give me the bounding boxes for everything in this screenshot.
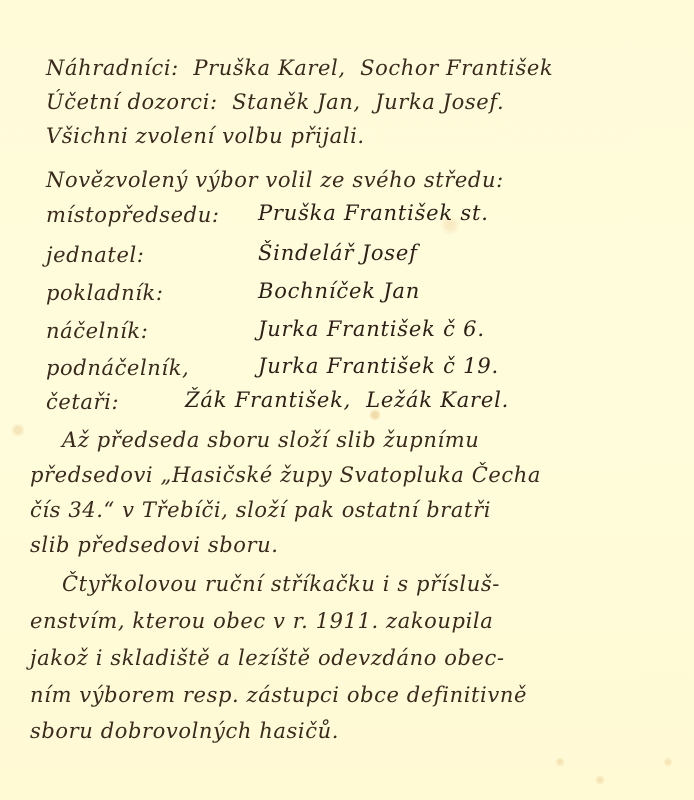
officer-name-deputy-commander: Jurka František č 19. [258,356,499,377]
officer-role-vice-chair: místopředsedu: [46,205,220,226]
cetari-names: Žák František, Ležák Karel. [185,390,509,411]
officer-name-treasurer: Bochníček Jan [258,281,420,302]
paragraph-2-line-3: jakož i skladiště a lezíště odevzdáno ob… [30,648,505,669]
paragraph-2-line-5: sboru dobrovolných hasičů. [30,721,339,742]
paragraph-1-line-1: Až předseda sboru složí slib župnímu [62,430,479,451]
paragraph-2-line-2: enstvím, kterou obec v r. 1911. zakoupil… [30,611,493,632]
paragraph-2-line-4: ním výborem resp. zástupci obce definiti… [30,685,527,706]
officer-name-vice-chair: Pruška František st. [258,203,489,224]
committee-intro-line: Novězvolený výbor volil ze svého středu: [46,170,504,191]
paragraph-1-line-2: předsedovi „Hasičské župy Svatopluka Čec… [30,465,541,486]
officer-name-secretary: Šindelář Josef [258,243,418,264]
officer-role-deputy-commander: podnáčelník, [46,358,189,379]
officer-role-commander: náčelník: [46,321,148,342]
officer-role-secretary: jednatel: [46,245,145,266]
officer-name-commander: Jurka František č 6. [258,319,485,340]
substitutes-line: Náhradníci: Pruška Karel, Sochor Františ… [46,58,553,79]
auditors-line: Účetní dozorci: Staněk Jan, Jurka Josef. [46,92,504,113]
paragraph-2-line-1: Čtyřkolovou ruční stříkačku i s přísluš- [62,574,500,595]
paragraph-1-line-4: slib předsedovi sboru. [30,535,279,556]
handwritten-page: Náhradníci: Pruška Karel, Sochor Františ… [0,0,694,800]
cetari-role: četaři: [46,392,119,413]
acceptance-line: Všichni zvolení volbu přijali. [46,126,365,147]
paragraph-1-line-3: čís 34.“ v Třebíči, složí pak ostatní br… [30,500,491,521]
officer-role-treasurer: pokladník: [46,283,164,304]
